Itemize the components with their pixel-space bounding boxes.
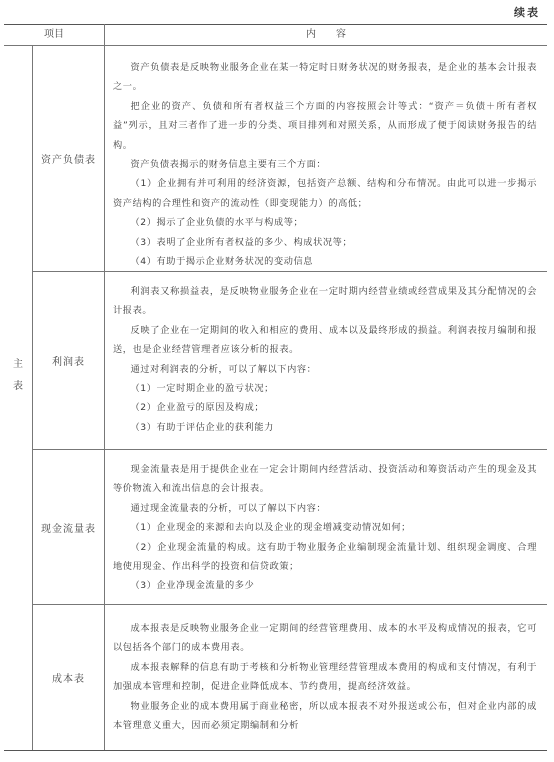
paragraph: 反映了企业在一定期间的收入和相应的费用、成本以及最终形成的损益。利润表按月编制和… xyxy=(113,321,537,360)
category-label: 主 表 xyxy=(4,354,32,398)
row-name-income-statement: 利润表 xyxy=(33,272,104,449)
row-divider-3 xyxy=(33,604,547,605)
row-name-balance-sheet: 资产负债表 xyxy=(33,46,104,271)
paragraph: 成本报表是反映物业服务企业一定期间的经营管理费用、成本的水平及构成情况的报表，它… xyxy=(113,619,537,658)
paragraph: 资产负债表揭示的财务信息主要有三个方面： xyxy=(113,155,537,174)
continuation-label: 续表 xyxy=(514,4,540,20)
category-char-2: 表 xyxy=(4,376,32,398)
row-content-cost-statement: 成本报表是反映物业服务企业一定期间的经营管理费用、成本的水平及构成情况的报表，它… xyxy=(105,619,543,735)
paragraph: 利润表又称损益表，是反映物业服务企业在一定时期内经营业绩或经营成果及其分配情况的… xyxy=(113,282,537,321)
paragraph: 物业服务企业的成本费用属于商业秘密，所以成本报表不对外报送或公布，但对企业内部的… xyxy=(113,697,537,736)
row-content-cash-flow-statement: 现金流量表是用于提供企业在一定会计期间内经营活动、投资活动和筹资活动产生的现金及… xyxy=(105,460,543,596)
table-bottom-rule xyxy=(4,750,547,751)
financial-statements-table: 项目 内 容 主 表 资产负债表 资产负债表是反映物业服务企业在某一特定时日财务… xyxy=(4,24,547,750)
row-name-cost-statement: 成本表 xyxy=(33,605,104,750)
row-content-income-statement: 利润表又称损益表，是反映物业服务企业在一定时期内经营业绩或经营成果及其分配情况的… xyxy=(105,282,543,437)
header-content: 内 容 xyxy=(105,24,547,45)
category-char-1: 主 xyxy=(4,354,32,376)
paragraph: （1）一定时期企业的盈亏状况； xyxy=(113,379,537,398)
row-content-balance-sheet: 资产负债表是反映物业服务企业在某一特定时日财务状况的财务报表，是企业的基本会计报… xyxy=(105,58,543,271)
row-divider-2 xyxy=(33,449,547,450)
paragraph: 通过现金流量表的分析，可以了解以下内容： xyxy=(113,499,537,518)
paragraph: （2）企业盈亏的原因及构成； xyxy=(113,398,537,417)
paragraph: （1）企业拥有并可利用的经济资源，包括资产总额、结构和分布情况。由此可以进一步揭… xyxy=(113,174,537,213)
paragraph: 成本报表解释的信息有助于考核和分析物业管理经营管理成本费用的构成和支付情况，有利… xyxy=(113,658,537,697)
paragraph: 把企业的资产、负债和所有者权益三个方面的内容按照会计等式：“资产＝负债＋所有者权… xyxy=(113,97,537,155)
paragraph: （3）有助于评估企业的获利能力 xyxy=(113,418,537,437)
header-item: 项目 xyxy=(4,24,104,45)
paragraph: （2）揭示了企业负债的水平与构成等； xyxy=(113,213,537,232)
paragraph: （2）企业现金流量的构成。这有助于物业服务企业编制现金流量计划、组织现金调度、合… xyxy=(113,538,537,577)
paragraph: （1）企业现金的来源和去向以及企业的现金增减变动情况如何； xyxy=(113,518,537,537)
paragraph: 资产负债表是反映物业服务企业在某一特定时日财务状况的财务报表，是企业的基本会计报… xyxy=(113,58,537,97)
paragraph: 通过对利润表的分析，可以了解以下内容： xyxy=(113,360,537,379)
paragraph: （3）企业净现金流量的多少 xyxy=(113,576,537,595)
paragraph: 现金流量表是用于提供企业在一定会计期间内经营活动、投资活动和筹资活动产生的现金及… xyxy=(113,460,537,499)
paragraph: （3）表明了企业所有者权益的多少、构成状况等； xyxy=(113,233,537,252)
paragraph: （4）有助于揭示企业财务状况的变动信息 xyxy=(113,252,537,271)
row-name-cash-flow-statement: 现金流量表 xyxy=(33,450,104,604)
